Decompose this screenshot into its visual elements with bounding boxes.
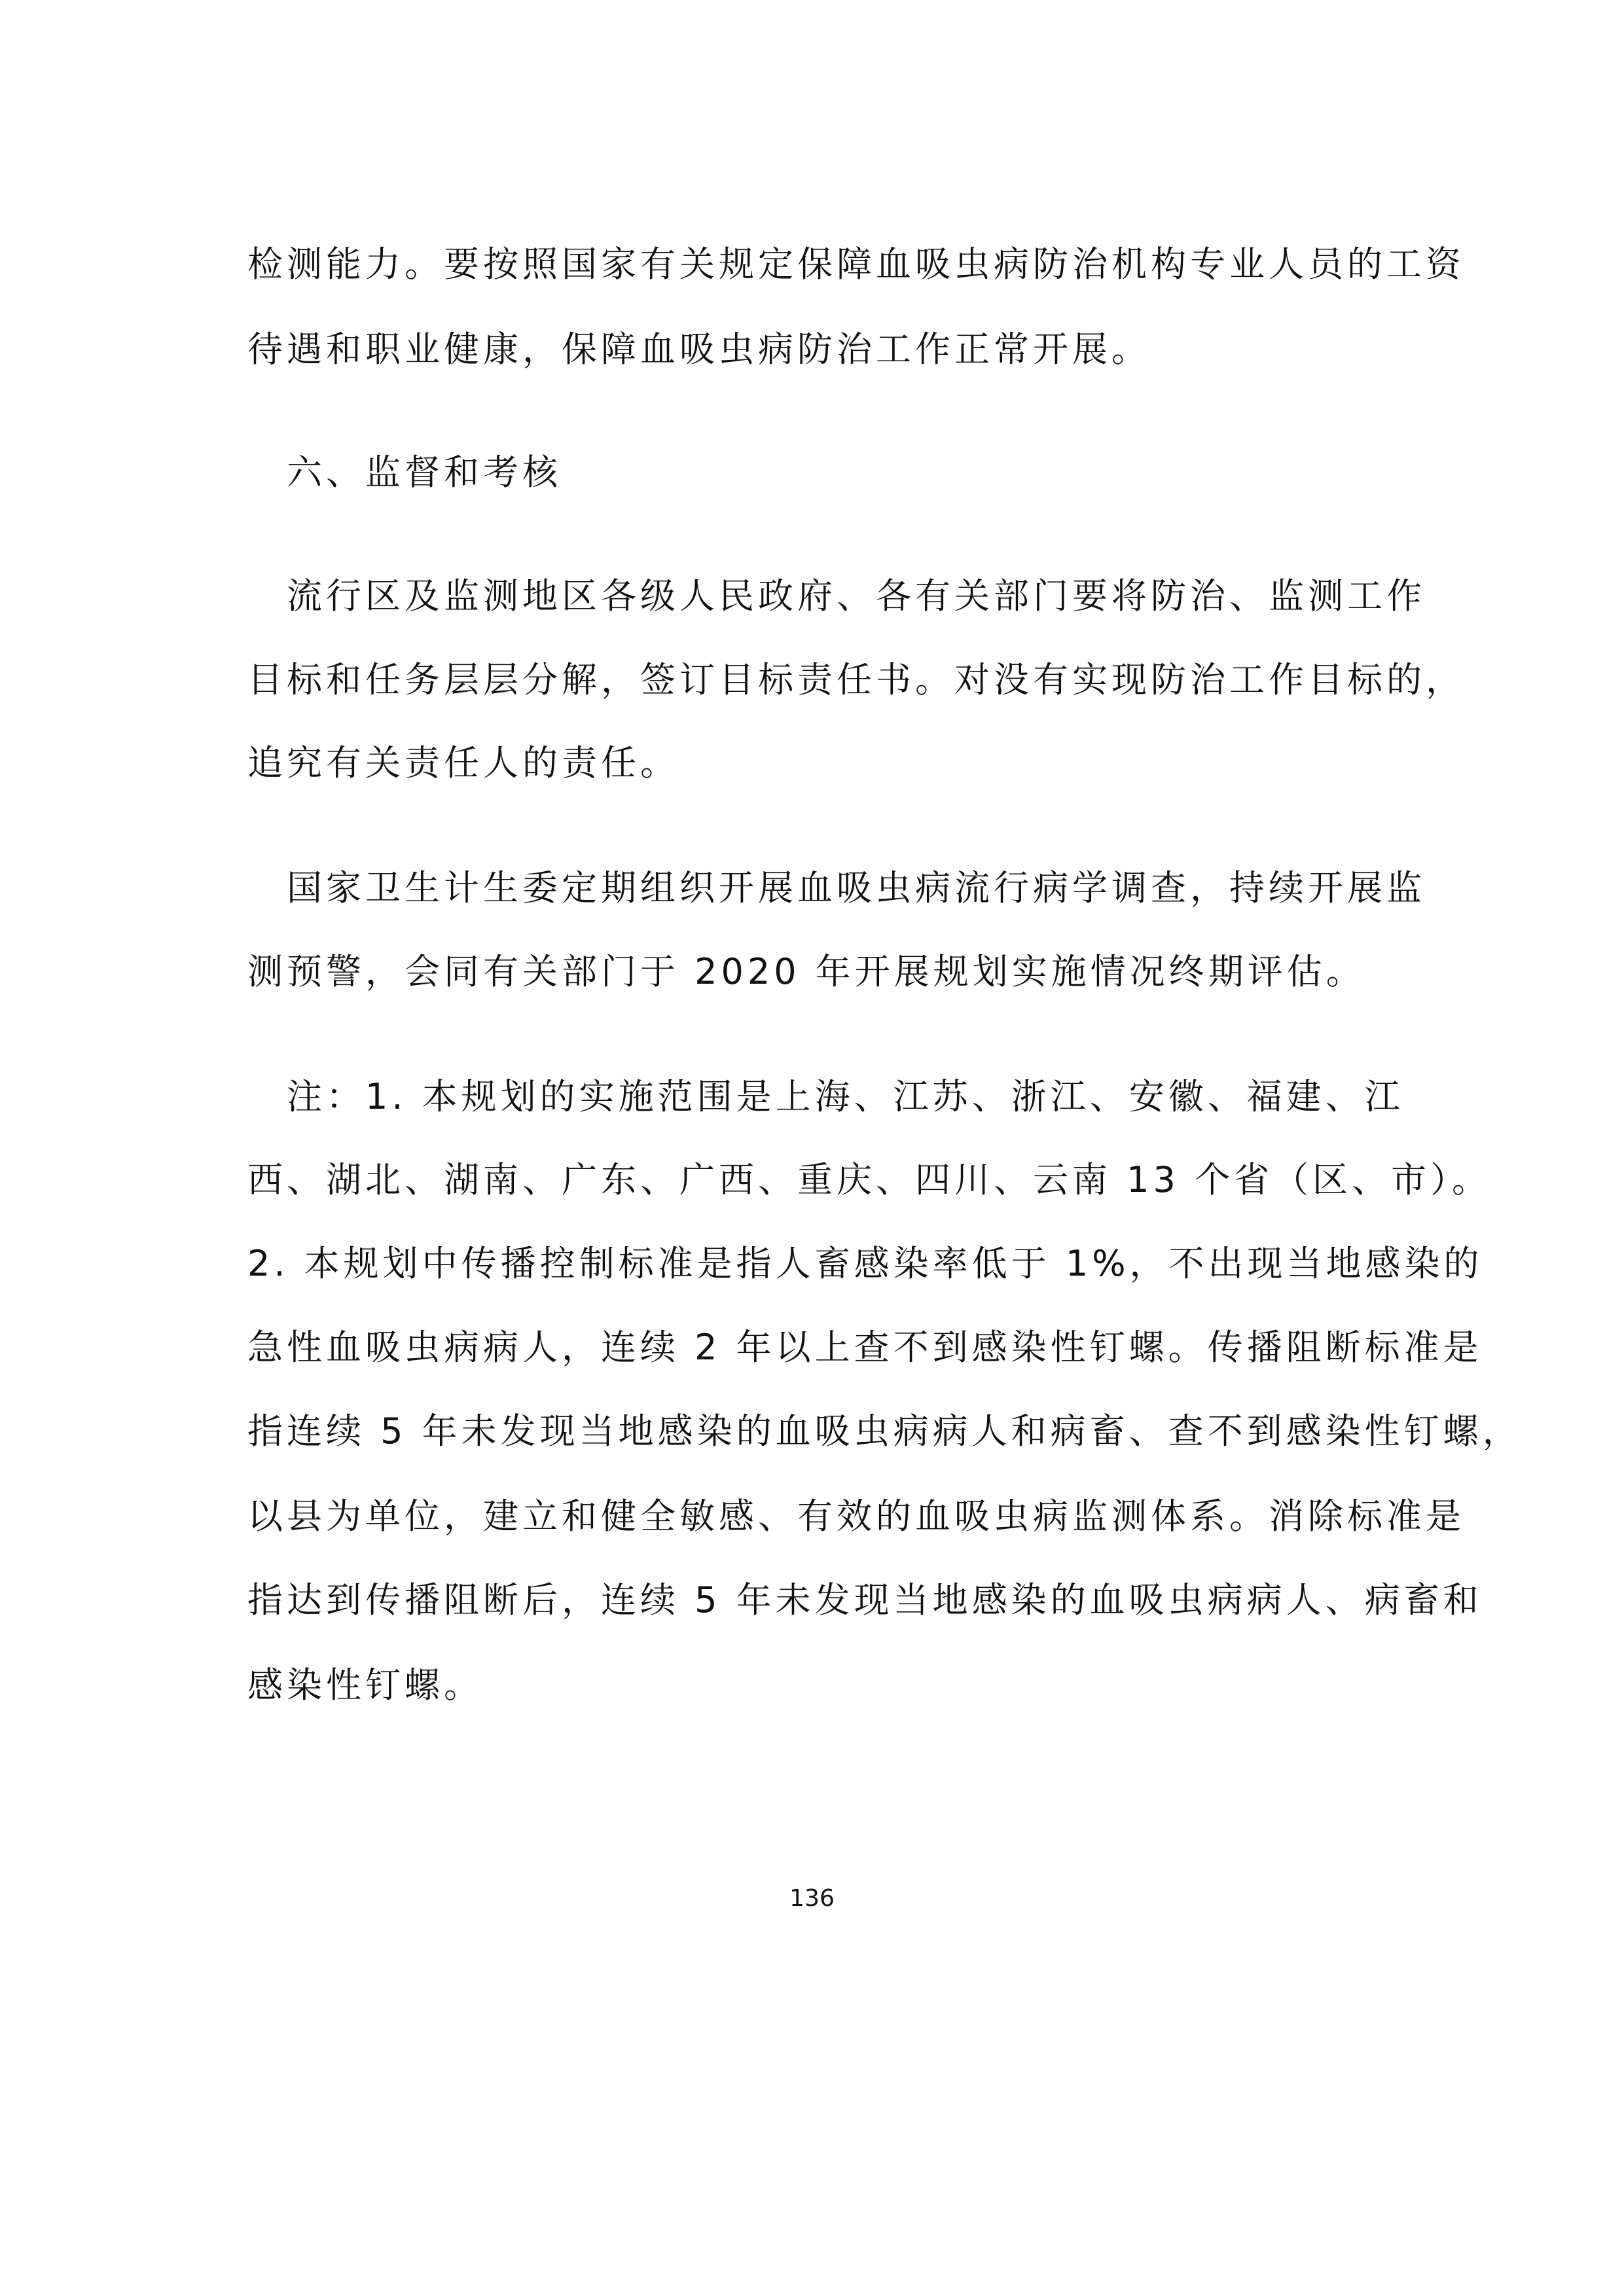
note-text-line: 急性血吸虫病病人，连续 2 年以上查不到感染性钉螺。传播阻断标准是 — [247, 1306, 1426, 1390]
body-text-line: 待遇和职业健康，保障血吸虫病防治工作正常开展。 — [247, 308, 1426, 391]
body-text-line: 国家卫生计生委定期组织开展血吸虫病流行病学调查，持续开展监 — [287, 846, 1465, 930]
note-text-line: 感染性钉螺。 — [247, 1643, 1426, 1727]
document-page: 检测能力。要按照国家有关规定保障血吸虫病防治机构专业人员的工资 待遇和职业健康，… — [0, 0, 1624, 2296]
body-text-line: 测预警，会同有关部门于 2020 年开展规划实施情况终期评估。 — [247, 930, 1426, 1014]
note-text-line: 西、湖北、湖南、广东、广西、重庆、四川、云南 13 个省（区、市）。 — [247, 1138, 1426, 1222]
section-heading: 六、监督和考核 — [287, 431, 1465, 514]
body-text-line: 检测能力。要按照国家有关规定保障血吸虫病防治机构专业人员的工资 — [247, 223, 1426, 306]
note-text-line: 以县为单位，建立和健全敏感、有效的血吸虫病监测体系。消除标准是 — [247, 1475, 1426, 1558]
body-text-line: 追究有关责任人的责任。 — [247, 721, 1426, 805]
page-number: 136 — [0, 1885, 1624, 1912]
note-text-line: 2. 本规划中传播控制标准是指人畜感染率低于 1%，不出现当地感染的 — [247, 1222, 1426, 1306]
body-text-line: 目标和任务层层分解，签订目标责任书。对没有实现防治工作目标的， — [247, 638, 1426, 722]
note-text-line: 注：1. 本规划的实施范围是上海、江苏、浙江、安徽、福建、江 — [287, 1055, 1465, 1139]
note-text-line: 指连续 5 年未发现当地感染的血吸虫病病人和病畜、查不到感染性钉螺， — [247, 1390, 1426, 1473]
body-text-line: 流行区及监测地区各级人民政府、各有关部门要将防治、监测工作 — [287, 554, 1465, 638]
note-text-line: 指达到传播阻断后，连续 5 年未发现当地感染的血吸虫病病人、病畜和 — [247, 1558, 1426, 1642]
